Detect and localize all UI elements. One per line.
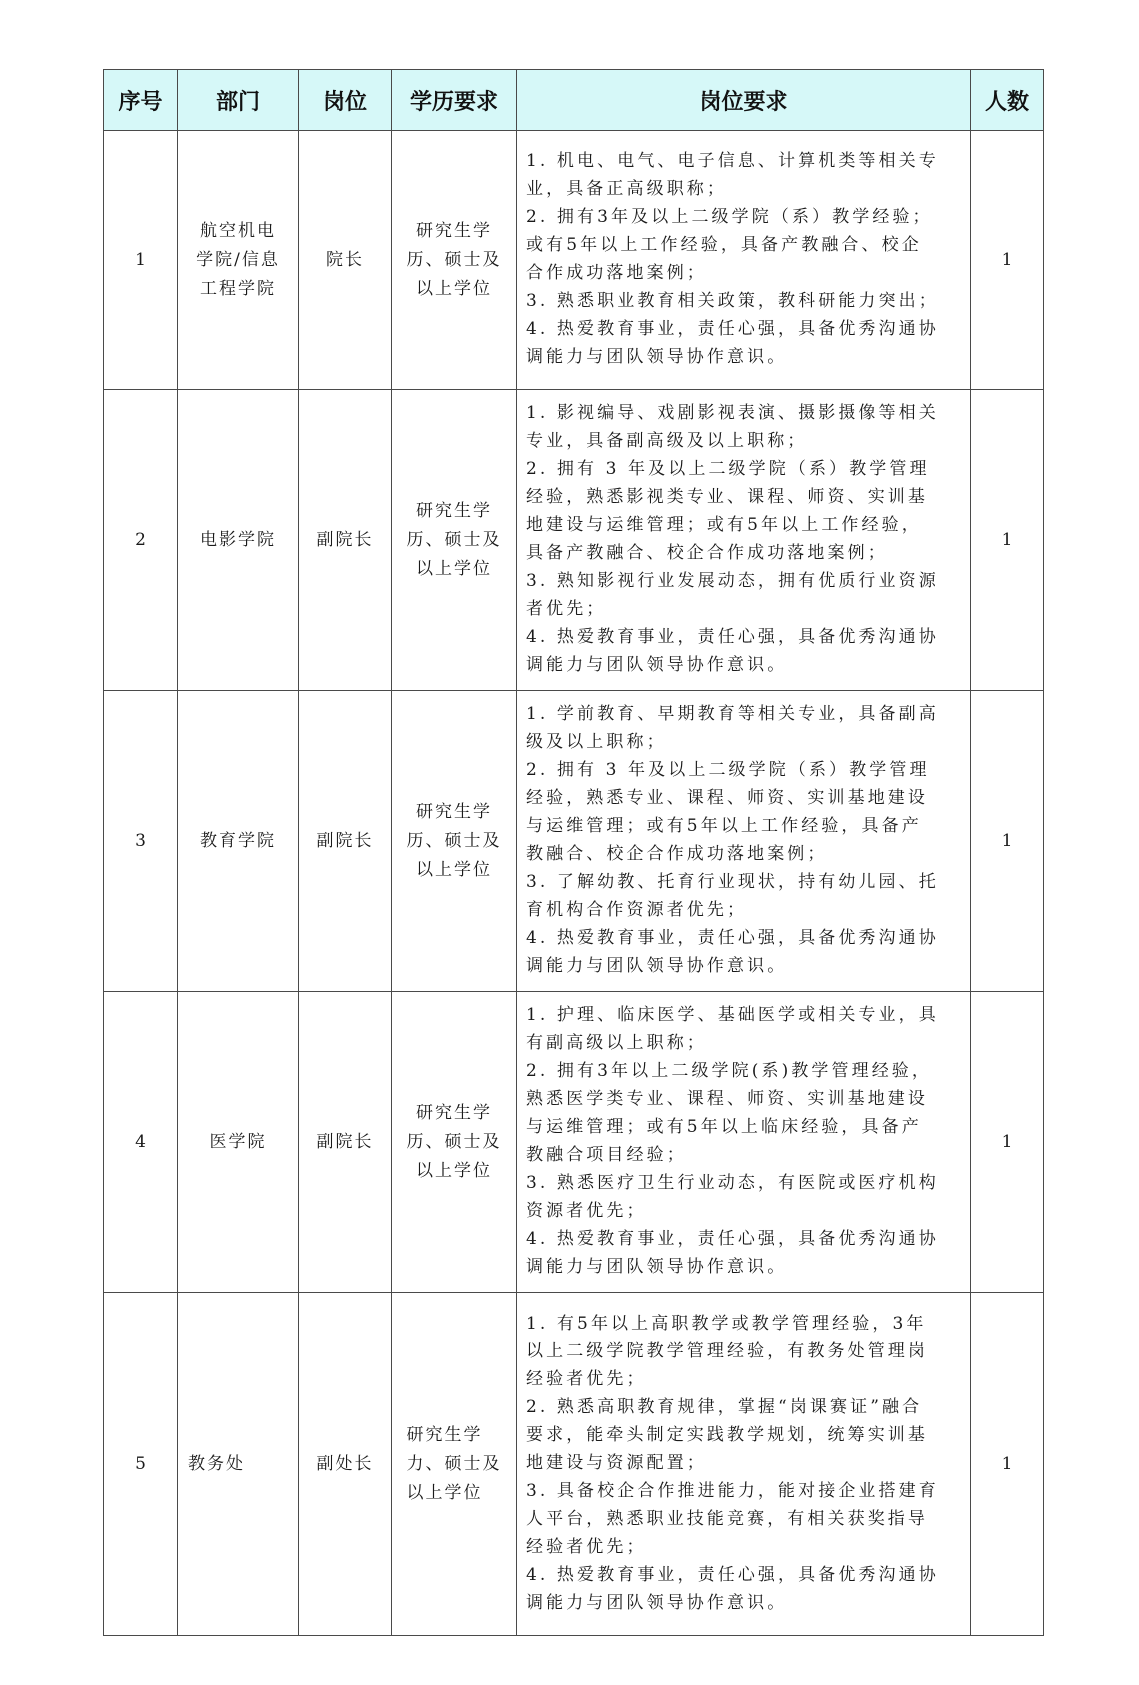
requirement-line: 者优先； (526, 596, 970, 624)
education-line: 研究生学 (407, 798, 502, 827)
department-line: 医学院 (210, 1128, 267, 1157)
row-number: 4 (104, 992, 178, 1293)
requirement-line: 具备产教融合、校企合作成功落地案例； (526, 540, 970, 568)
headcount-cell: 1 (971, 1293, 1044, 1636)
requirements-cell: 1. 机电、电气、电子信息、计算机类等相关专 业，具备正高级职称； 2. 拥有3… (517, 131, 971, 390)
education-line: 以上学位 (407, 275, 502, 304)
education-line: 以上学位 (407, 856, 502, 885)
position-cell: 副处长 (299, 1293, 392, 1636)
requirement-line: 4. 热爱教育事业，责任心强，具备优秀沟通协 (526, 316, 970, 344)
requirement-line: 2. 拥有3年及以上二级学院（系）教学经验； (526, 204, 970, 232)
requirement-line: 经验，熟悉专业、课程、师资、实训基地建设 (526, 785, 970, 813)
table-header-row: 序号 部门 岗位 学历要求 岗位要求 人数 (104, 70, 1044, 131)
requirement-line: 调能力与团队领导协作意识。 (526, 1590, 970, 1618)
position-text: 副院长 (317, 827, 374, 856)
requirement-line: 以上二级学院教学管理经验，有教务处管理岗 (526, 1338, 970, 1366)
requirement-line: 2. 拥有 3 年及以上二级学院（系）教学管理 (526, 757, 970, 785)
requirement-line: 与运维管理；或有5年以上工作经验，具备产 (526, 813, 970, 841)
requirement-line: 有副高级以上职称； (526, 1030, 970, 1058)
table-row: 5 教务处 副处长 研究生学 力、硕士及 以上学位 1. 有5年以上高职教学或教… (104, 1293, 1044, 1636)
document-page: 序号 部门 岗位 学历要求 岗位要求 人数 1 航空机电 学院/信息 工程学院 (103, 69, 1043, 1636)
education-line: 研究生学 (407, 1099, 502, 1128)
row-number: 2 (104, 390, 178, 691)
header-no: 序号 (104, 70, 178, 131)
education-line: 研究生学 (407, 217, 502, 246)
requirement-line: 或有5年以上工作经验，具备产教融合、校企 (526, 232, 970, 260)
position-text: 副院长 (317, 1128, 374, 1157)
requirement-line: 2. 拥有3年以上二级学院(系)教学管理经验， (526, 1058, 970, 1086)
header-requirements: 岗位要求 (517, 70, 971, 131)
department-line: 教务处 (188, 1450, 245, 1479)
requirement-line: 3. 了解幼教、托育行业现状，持有幼儿园、托 (526, 869, 970, 897)
department-cell: 航空机电 学院/信息 工程学院 (178, 131, 299, 390)
requirement-line: 4. 热爱教育事业，责任心强，具备优秀沟通协 (526, 1562, 970, 1590)
row-number: 5 (104, 1293, 178, 1636)
row-number: 1 (104, 131, 178, 390)
department-line: 教育学院 (200, 827, 276, 856)
requirement-line: 教融合项目经验； (526, 1142, 970, 1170)
row-number: 3 (104, 691, 178, 992)
education-cell: 研究生学 力、硕士及 以上学位 (392, 1293, 517, 1636)
requirement-line: 合作成功落地案例； (526, 260, 970, 288)
education-cell: 研究生学 历、硕士及 以上学位 (392, 131, 517, 390)
department-line: 航空机电 (196, 217, 280, 246)
department-cell: 电影学院 (178, 390, 299, 691)
education-line: 以上学位 (407, 555, 502, 584)
requirement-line: 育机构合作资源者优先； (526, 897, 970, 925)
requirement-line: 人平台，熟悉职业技能竞赛，有相关获奖指导 (526, 1506, 970, 1534)
requirement-line: 调能力与团队领导协作意识。 (526, 953, 970, 981)
position-text: 副院长 (317, 526, 374, 555)
requirement-line: 2. 熟悉高职教育规律，掌握“岗课赛证”融合 (526, 1394, 970, 1422)
requirements-cell: 1. 有5年以上高职教学或教学管理经验，3年 以上二级学院教学管理经验，有教务处… (517, 1293, 971, 1636)
requirement-line: 3. 熟知影视行业发展动态，拥有优质行业资源 (526, 568, 970, 596)
position-cell: 副院长 (299, 691, 392, 992)
position-cell: 副院长 (299, 992, 392, 1293)
education-line: 以上学位 (407, 1479, 502, 1508)
requirement-line: 调能力与团队领导协作意识。 (526, 1254, 970, 1282)
education-line: 力、硕士及 (407, 1450, 502, 1479)
requirement-line: 级及以上职称； (526, 729, 970, 757)
requirement-line: 业，具备正高级职称； (526, 176, 970, 204)
header-education: 学历要求 (392, 70, 517, 131)
requirement-line: 1. 有5年以上高职教学或教学管理经验，3年 (526, 1311, 970, 1339)
requirement-line: 3. 熟悉职业教育相关政策，教科研能力突出； (526, 288, 970, 316)
requirement-line: 地建设与运维管理；或有5年以上工作经验， (526, 512, 970, 540)
requirement-line: 4. 热爱教育事业，责任心强，具备优秀沟通协 (526, 1226, 970, 1254)
header-count: 人数 (971, 70, 1044, 131)
education-cell: 研究生学 历、硕士及 以上学位 (392, 390, 517, 691)
requirement-line: 经验，熟悉影视类专业、课程、师资、实训基 (526, 484, 970, 512)
table-row: 1 航空机电 学院/信息 工程学院 院长 研究生学 历、硕士及 以上学位 (104, 131, 1044, 390)
department-cell: 医学院 (178, 992, 299, 1293)
header-position: 岗位 (299, 70, 392, 131)
department-line: 电影学院 (200, 526, 276, 555)
table-row: 2 电影学院 副院长 研究生学 历、硕士及 以上学位 1. 影视编导、戏剧影视表… (104, 390, 1044, 691)
requirement-line: 资源者优先； (526, 1198, 970, 1226)
requirement-line: 经验者优先； (526, 1366, 970, 1394)
requirement-line: 1. 影视编导、戏剧影视表演、摄影摄像等相关 (526, 400, 970, 428)
education-line: 历、硕士及 (407, 827, 502, 856)
job-positions-table: 序号 部门 岗位 学历要求 岗位要求 人数 1 航空机电 学院/信息 工程学院 (103, 69, 1044, 1636)
requirements-cell: 1. 护理、临床医学、基础医学或相关专业，具 有副高级以上职称； 2. 拥有3年… (517, 992, 971, 1293)
headcount-cell: 1 (971, 131, 1044, 390)
requirement-line: 1. 机电、电气、电子信息、计算机类等相关专 (526, 148, 970, 176)
education-line: 研究生学 (407, 1421, 502, 1450)
education-line: 历、硕士及 (407, 246, 502, 275)
requirement-line: 专业，具备副高级及以上职称； (526, 428, 970, 456)
requirement-line: 3. 具备校企合作推进能力，能对接企业搭建育 (526, 1478, 970, 1506)
department-line: 学院/信息 (196, 246, 280, 275)
requirement-line: 与运维管理；或有5年以上临床经验，具备产 (526, 1114, 970, 1142)
requirement-line: 要求，能牵头制定实践教学规划，统筹实训基 (526, 1422, 970, 1450)
education-line: 以上学位 (407, 1157, 502, 1186)
position-cell: 院长 (299, 131, 392, 390)
table-row: 3 教育学院 副院长 研究生学 历、硕士及 以上学位 1. 学前教育、早期教育等… (104, 691, 1044, 992)
requirement-line: 3. 熟悉医疗卫生行业动态，有医院或医疗机构 (526, 1170, 970, 1198)
requirements-cell: 1. 学前教育、早期教育等相关专业，具备副高 级及以上职称； 2. 拥有 3 年… (517, 691, 971, 992)
position-text: 院长 (326, 246, 364, 275)
requirement-line: 经验者优先； (526, 1534, 970, 1562)
requirement-line: 调能力与团队领导协作意识。 (526, 344, 970, 372)
education-cell: 研究生学 历、硕士及 以上学位 (392, 691, 517, 992)
position-text: 副处长 (317, 1450, 374, 1479)
department-line: 工程学院 (196, 275, 280, 304)
position-cell: 副院长 (299, 390, 392, 691)
requirements-cell: 1. 影视编导、戏剧影视表演、摄影摄像等相关 专业，具备副高级及以上职称； 2.… (517, 390, 971, 691)
education-line: 历、硕士及 (407, 526, 502, 555)
headcount-cell: 1 (971, 390, 1044, 691)
requirement-line: 地建设与资源配置； (526, 1450, 970, 1478)
requirement-line: 2. 拥有 3 年及以上二级学院（系）教学管理 (526, 456, 970, 484)
table-row: 4 医学院 副院长 研究生学 历、硕士及 以上学位 1. 护理、临床医学、基础医… (104, 992, 1044, 1293)
education-line: 研究生学 (407, 497, 502, 526)
department-cell: 教务处 (178, 1293, 299, 1636)
requirement-line: 教融合、校企合作成功落地案例； (526, 841, 970, 869)
header-department: 部门 (178, 70, 299, 131)
education-cell: 研究生学 历、硕士及 以上学位 (392, 992, 517, 1293)
department-cell: 教育学院 (178, 691, 299, 992)
requirement-line: 4. 热爱教育事业，责任心强，具备优秀沟通协 (526, 925, 970, 953)
headcount-cell: 1 (971, 691, 1044, 992)
education-line: 历、硕士及 (407, 1128, 502, 1157)
requirement-line: 4. 热爱教育事业，责任心强，具备优秀沟通协 (526, 624, 970, 652)
requirement-line: 调能力与团队领导协作意识。 (526, 652, 970, 680)
requirement-line: 熟悉医学类专业、课程、师资、实训基地建设 (526, 1086, 970, 1114)
requirement-line: 1. 学前教育、早期教育等相关专业，具备副高 (526, 701, 970, 729)
requirement-line: 1. 护理、临床医学、基础医学或相关专业，具 (526, 1002, 970, 1030)
headcount-cell: 1 (971, 992, 1044, 1293)
